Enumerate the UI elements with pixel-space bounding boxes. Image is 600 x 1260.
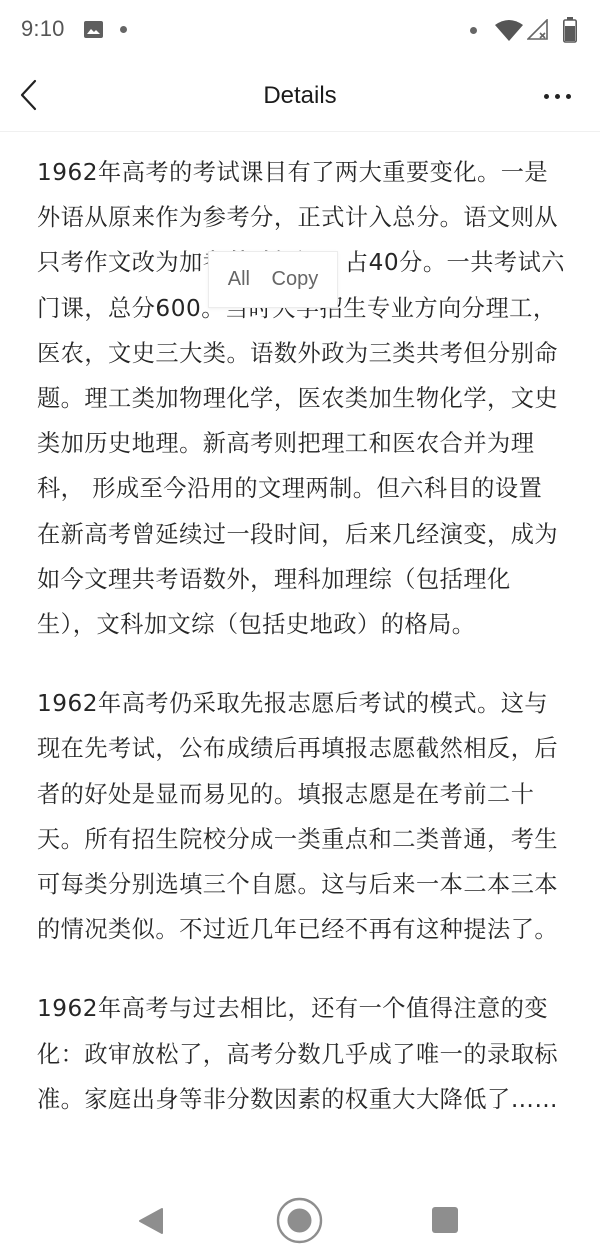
battery-icon [563, 17, 577, 43]
system-navigation-bar [0, 1180, 600, 1260]
no-signal-icon [527, 19, 549, 41]
more-horizontal-icon [555, 94, 560, 99]
more-horizontal-icon [544, 94, 549, 99]
image-notification-icon [84, 21, 103, 38]
status-time: 9:10 [21, 16, 65, 42]
page-title: Details [0, 82, 600, 110]
notification-dot-icon [470, 27, 477, 34]
recents-square-icon [432, 1207, 458, 1233]
text-selection-popup: All Copy [208, 251, 338, 308]
nav-recents-button[interactable] [432, 1207, 458, 1233]
notification-dot-icon [120, 26, 127, 33]
select-all-button[interactable]: All [228, 268, 250, 291]
paragraph-1[interactable]: 1962年高考的考试课目有了两大重要变化。一是外语从原来作为参考分，正式计入总分… [37, 150, 565, 647]
nav-back-button[interactable] [138, 1207, 164, 1235]
app-header: Details [0, 60, 600, 132]
home-circle-icon [276, 1197, 323, 1244]
copy-button[interactable]: Copy [272, 268, 319, 291]
back-triangle-icon [138, 1207, 164, 1235]
nav-home-button[interactable] [276, 1197, 323, 1244]
more-options-button[interactable] [535, 80, 579, 112]
status-bar: 9:10 [0, 0, 600, 60]
wifi-icon [495, 19, 523, 41]
paragraph-3[interactable]: 1962年高考与过去相比，还有一个值得注意的变化：政审放松了，高考分数几乎成了唯… [37, 986, 565, 1122]
paragraph-2[interactable]: 1962年高考仍采取先报志愿后考试的模式。这与现在先考试，公布成绩后再填报志愿截… [37, 681, 565, 952]
more-horizontal-icon [566, 94, 571, 99]
